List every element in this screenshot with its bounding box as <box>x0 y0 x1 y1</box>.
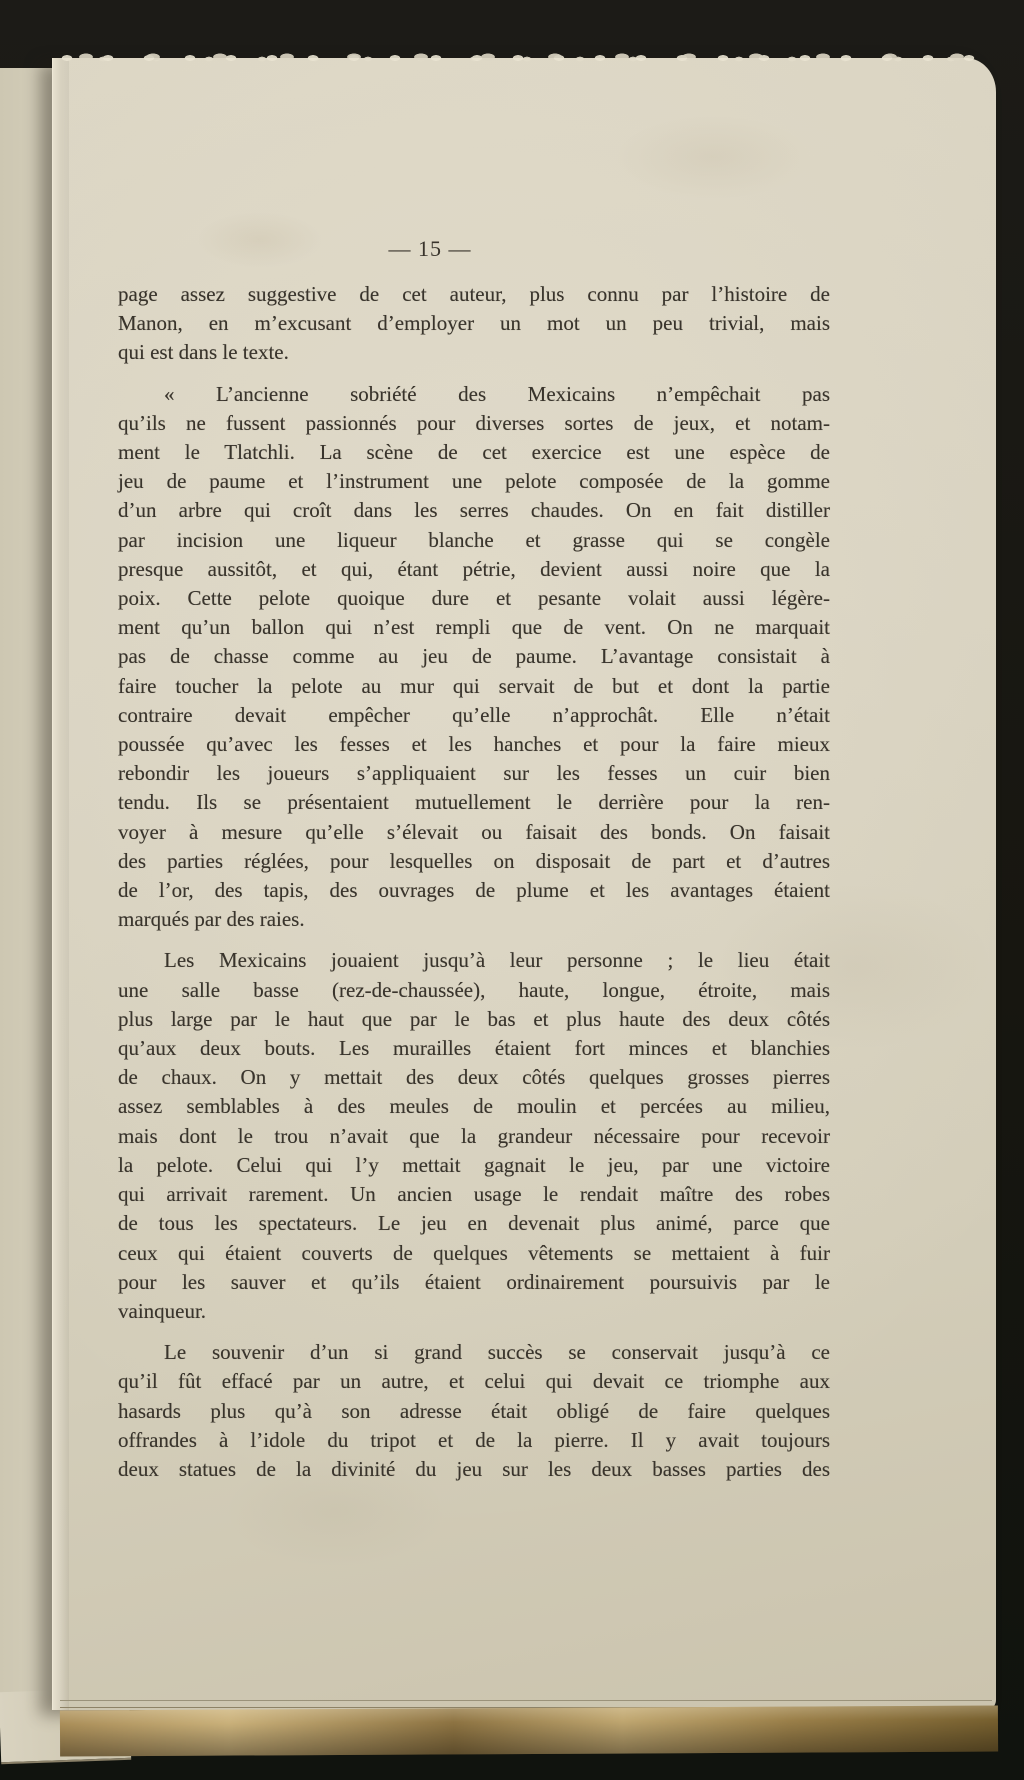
text-line: poix. Cette pelote quoique dure et pesan… <box>118 584 830 613</box>
text-line: vainqueur. <box>118 1297 830 1326</box>
text-line: qu’ils ne fussent passionnés pour divers… <box>118 409 830 438</box>
text-line: pas de chasse comme au jeu de paume. L’a… <box>118 642 830 671</box>
text-line: presque aussitôt, et qui, étant pétrie, … <box>118 555 830 584</box>
text-line: deux statues de la divinité du jeu sur l… <box>118 1455 830 1484</box>
text-line: page assez suggestive de cet auteur, plu… <box>118 280 830 309</box>
text-line: rebondir les joueurs s’appliquaient sur … <box>118 759 830 788</box>
text-line: de chaux. On y mettait des deux côtés qu… <box>118 1063 830 1092</box>
text-line: « L’ancienne sobriété des Mexicains n’em… <box>118 380 830 409</box>
text-block: page assez suggestive de cet auteur, plu… <box>118 280 830 1496</box>
page-stack-gilt-edge <box>60 1706 998 1757</box>
text-line: Le souvenir d’un si grand succès se cons… <box>118 1338 830 1367</box>
paragraph: Les Mexicains jouaient jusqu’à leur pers… <box>118 946 830 1326</box>
text-line: de l’or, des tapis, des ouvrages de plum… <box>118 876 830 905</box>
text-line: d’un arbre qui croît dans les serres cha… <box>118 496 830 525</box>
text-line: qu’aux deux bouts. Les murailles étaient… <box>118 1034 830 1063</box>
text-line: mais dont le trou n’avait que la grandeu… <box>118 1122 830 1151</box>
paragraph: « L’ancienne sobriété des Mexicains n’em… <box>118 380 830 935</box>
text-line: par incision une liqueur blanche et gras… <box>118 526 830 555</box>
book-page: — 15 — page assez suggestive de cet aute… <box>52 58 996 1710</box>
text-line: Manon, en m’excusant d’employer un mot u… <box>118 309 830 338</box>
text-line: assez semblables à des meules de moulin … <box>118 1092 830 1121</box>
text-line: qui arrivait rarement. Un ancien usage l… <box>118 1180 830 1209</box>
text-line: qui est dans le texte. <box>118 338 830 367</box>
text-line: une salle basse (rez-de-chaussée), haute… <box>118 976 830 1005</box>
text-line: offrandes à l’idole du tripot et de la p… <box>118 1426 830 1455</box>
text-line: ment le Tlatchli. La scène de cet exerci… <box>118 438 830 467</box>
text-line: qu’il fût effacé par un autre, et celui … <box>118 1367 830 1396</box>
paragraph: page assez suggestive de cet auteur, plu… <box>118 280 830 368</box>
text-line: faire toucher la pelote au mur qui serva… <box>118 672 830 701</box>
text-line: ceux qui étaient couverts de quelques vê… <box>118 1239 830 1268</box>
text-line: de tous les spectateurs. Le jeu en deven… <box>118 1209 830 1238</box>
text-line: jeu de paume et l’instrument une pelote … <box>118 467 830 496</box>
text-line: tendu. Ils se présentaient mutuellement … <box>118 788 830 817</box>
text-line: hasards plus qu’à son adresse était obli… <box>118 1397 830 1426</box>
paragraph: Le souvenir d’un si grand succès se cons… <box>118 1338 830 1484</box>
text-line: poussée qu’avec les fesses et les hanche… <box>118 730 830 759</box>
text-line: pour les sauver et qu’ils étaient ordina… <box>118 1268 830 1297</box>
text-line: voyer à mesure qu’elle s’élevait ou fais… <box>118 818 830 847</box>
text-line: Les Mexicains jouaient jusqu’à leur pers… <box>118 946 830 975</box>
text-line: marqués par des raies. <box>118 905 830 934</box>
page-content: — 15 — page assez suggestive de cet aute… <box>52 58 996 1710</box>
text-line: plus large par le haut que par le bas et… <box>118 1005 830 1034</box>
text-line: des parties réglées, pour lesquelles on … <box>118 847 830 876</box>
page-number: — 15 — <box>74 236 786 262</box>
text-line: ment qu’un ballon qui n’est rempli que d… <box>118 613 830 642</box>
text-line: la pelote. Celui qui l’y mettait gagnait… <box>118 1151 830 1180</box>
text-line: contraire devait empêcher qu’elle n’appr… <box>118 701 830 730</box>
